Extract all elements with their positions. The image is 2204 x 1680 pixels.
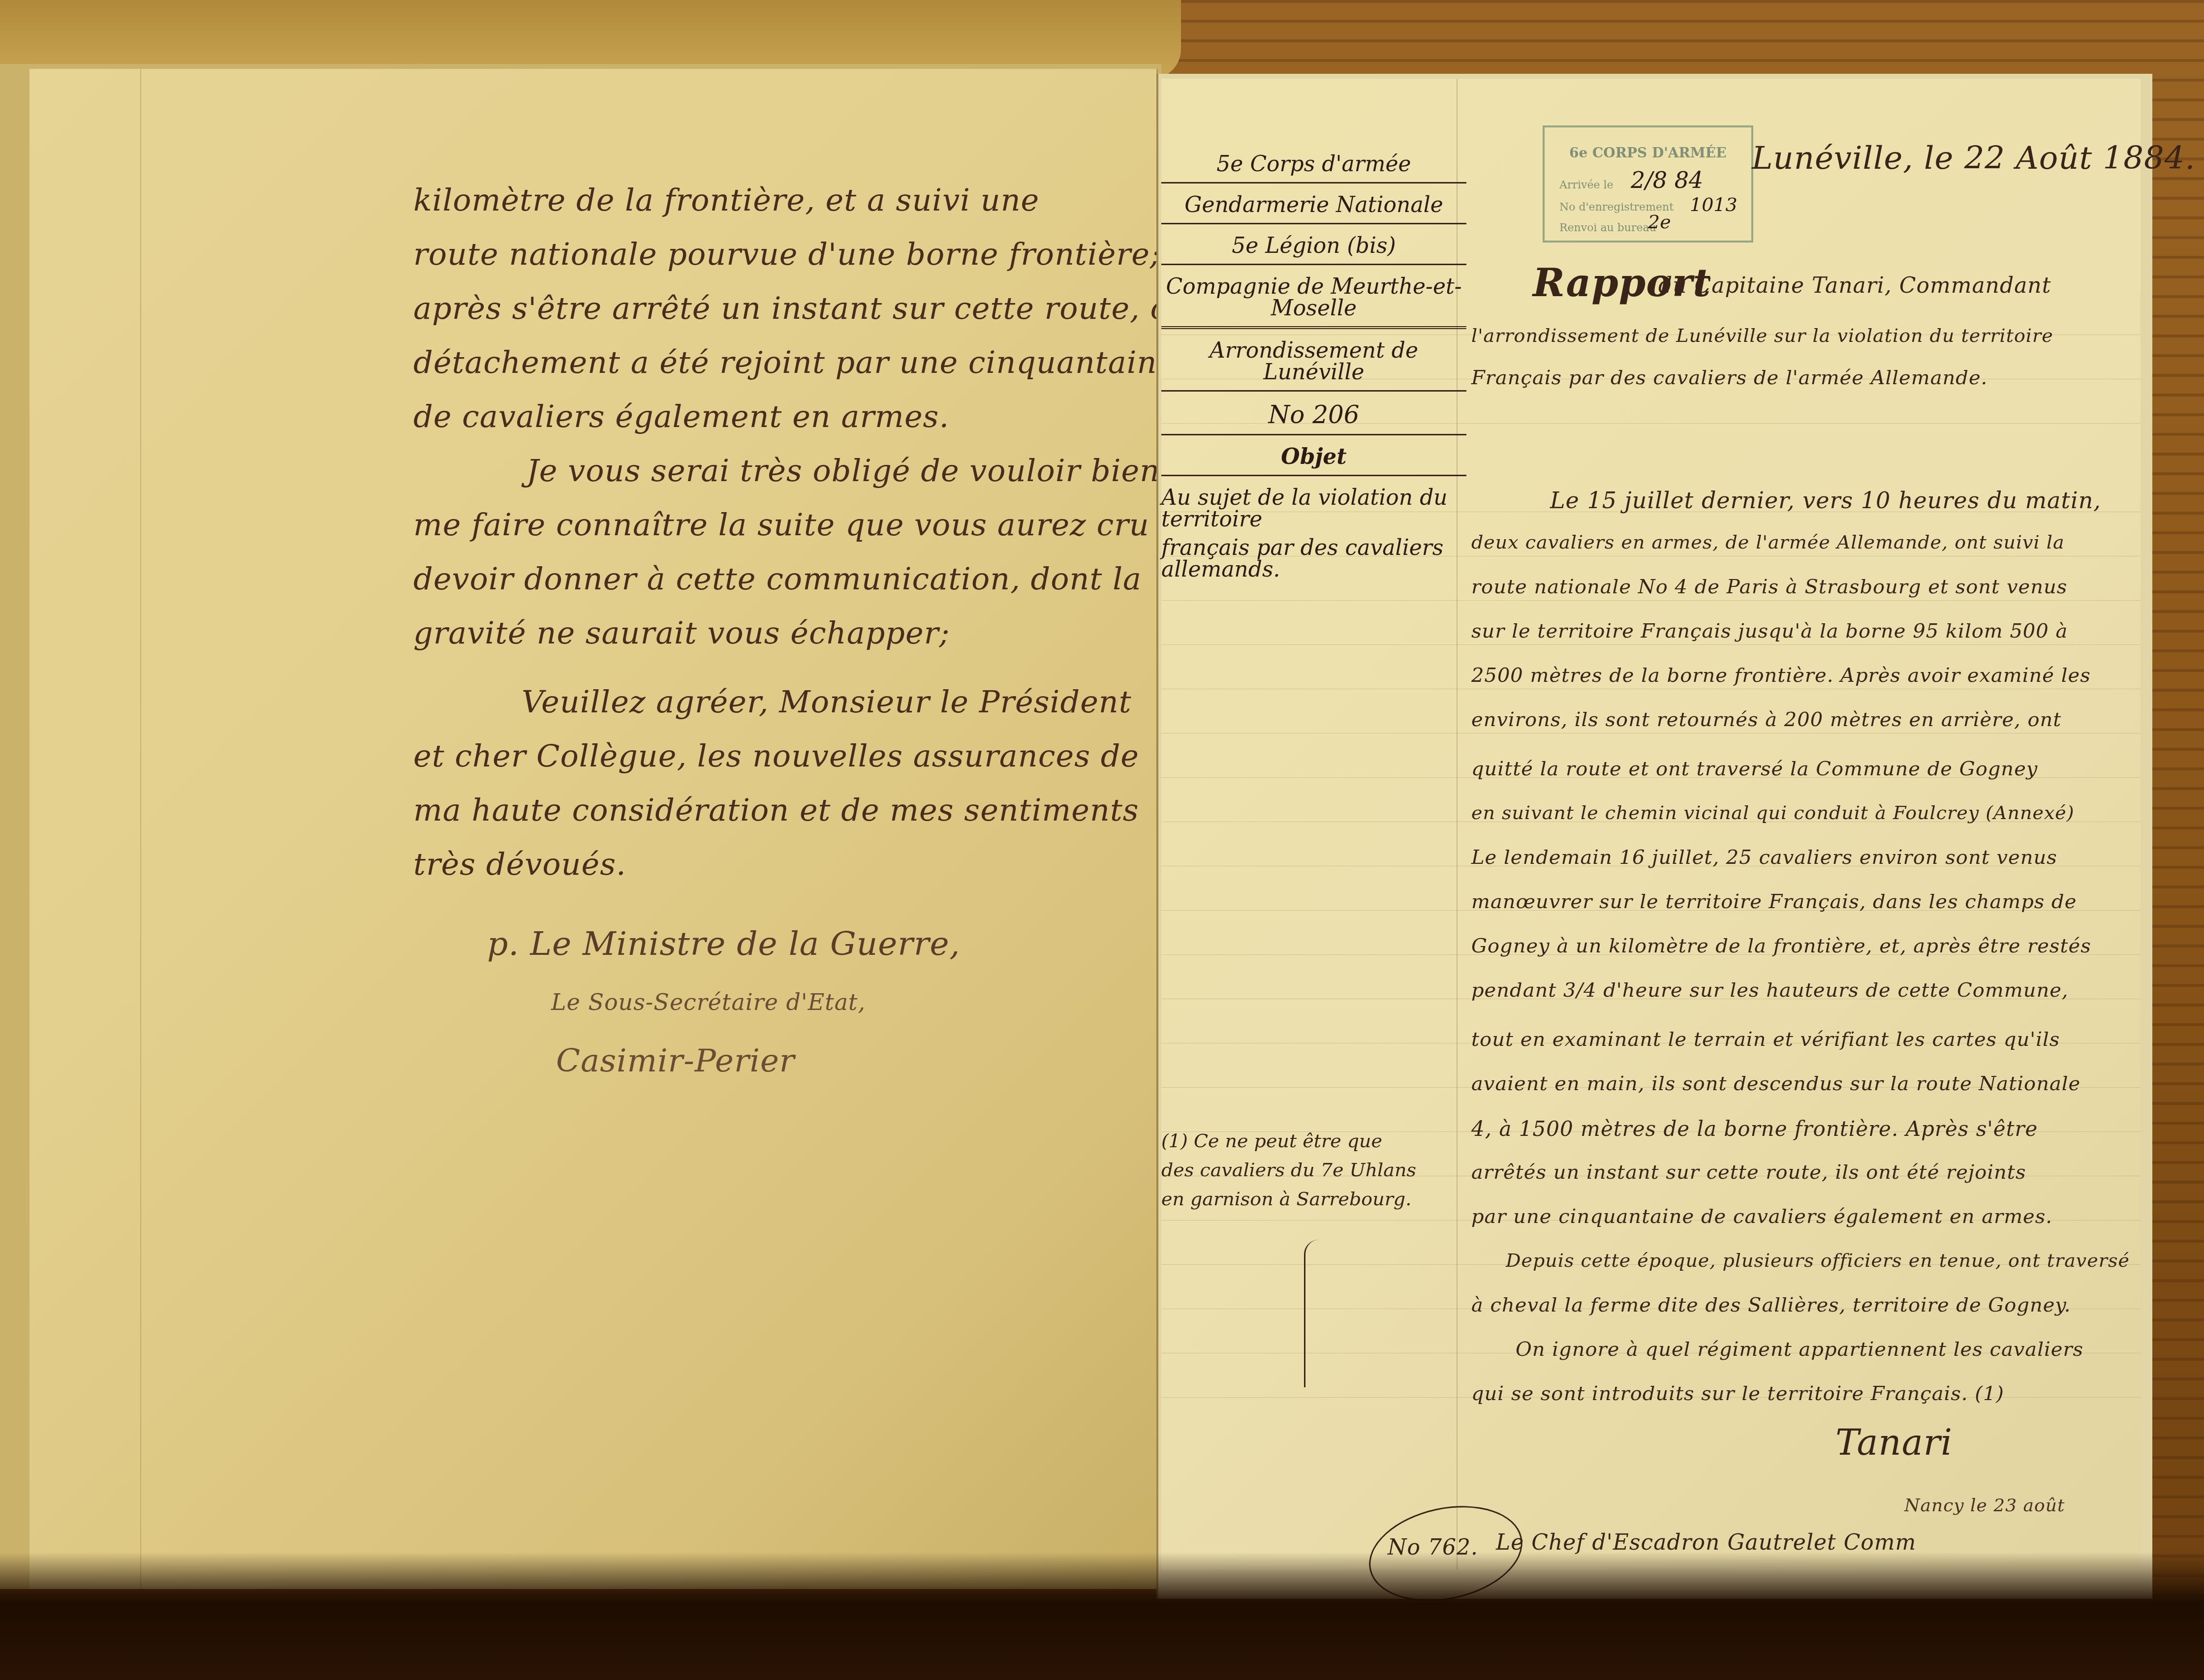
left-line-8: devoir donner à cette communication, don… [413, 561, 1142, 597]
unit-header: 5e Corps d'armée Gendarmerie Nationale 5… [1161, 143, 1466, 587]
body-line-21: qui se sont introduits sur le territoire… [1471, 1382, 2004, 1405]
endorsement-text: Le Chef d'Escadron Gautrelet Comm [1496, 1530, 1916, 1555]
left-line-6: Je vous serai très obligé de vouloir bie… [527, 453, 1160, 489]
body-line-3: route nationale No 4 de Paris à Strasbou… [1471, 576, 2067, 598]
left-line-11: et cher Collègue, les nouvelles assuranc… [413, 738, 1139, 774]
endorsement-place-date: Nancy le 23 août [1904, 1496, 2065, 1516]
body-line-17: par une cinquantaine de cavaliers égalem… [1471, 1205, 2052, 1228]
left-line-10: Veuillez agréer, Monsieur le Président [522, 684, 1132, 720]
ruled-line [1161, 733, 2141, 733]
body-line-10: manœuvrer sur le territoire Français, da… [1471, 890, 2077, 913]
left-line-9: gravité ne saurait vous échapper; [413, 615, 950, 651]
left-line-4: détachement a été rejoint par une cinqua… [413, 344, 1176, 380]
report-title-line-1: du Capitaine Tanari, Commandant [1658, 273, 2051, 298]
body-line-1: Le 15 juillet dernier, vers 10 heures du… [1550, 487, 2101, 514]
page-fold [140, 69, 141, 1589]
header-number: No 206 [1161, 392, 1466, 435]
report-title-line-3: Français par des cavaliers de l'armée Al… [1471, 367, 1987, 389]
body-line-8: en suivant le chemin vicinal qui conduit… [1471, 802, 2075, 824]
objet-title: Objet [1161, 435, 1466, 476]
body-line-15: 4, à 1500 mètres de la borne frontière. … [1471, 1117, 2038, 1141]
stamp-bureau-label: Renvoi au bureau [1559, 222, 1656, 234]
left-line-2: route nationale pourvue d'une borne fron… [413, 236, 1161, 272]
paraph-flourish [1304, 1240, 1335, 1387]
left-line-5: de cavaliers également en armes. [413, 398, 949, 434]
body-line-16: arrêtés un instant sur cette route, ils … [1471, 1161, 2026, 1184]
footnote-line-3: en garnison à Sarrebourg. [1161, 1185, 1466, 1214]
body-line-6: environs, ils sont retournés à 200 mètre… [1471, 708, 2061, 731]
left-line-7: me faire connaître la suite que vous aur… [413, 507, 1149, 543]
body-line-9: Le lendemain 16 juillet, 25 cavaliers en… [1471, 846, 2057, 869]
body-line-7: quitté la route et ont traversé la Commu… [1471, 758, 2038, 780]
signature-tanari: Tanari [1835, 1422, 1953, 1463]
stamp-arrivee-label: Arrivée le [1559, 179, 1613, 191]
body-line-2: deux cavaliers en armes, de l'armée Alle… [1471, 531, 2065, 553]
stamp-arrivee-value: 2/8 84 [1631, 167, 1703, 193]
reception-stamp: 6e CORPS D'ARMÉE Arrivée le 2/8 84 No d'… [1543, 125, 1753, 243]
under-secretary-line: Le Sous-Secrétaire d'Etat, [551, 989, 866, 1015]
left-line-13: très dévoués. [413, 846, 626, 882]
signature-casimir-perier: Casimir-Perier [556, 1043, 795, 1079]
report-title-line-2: l'arrondissement de Lunéville sur la vio… [1471, 325, 2053, 346]
marginal-footnote: (1) Ce ne peut être que des cavaliers du… [1161, 1127, 1466, 1214]
stamp-title: 6e CORPS D'ARMÉE [1569, 145, 1727, 161]
header-legion: 5e Légion (bis) [1161, 224, 1466, 265]
body-line-14: avaient en main, ils sont descendus sur … [1471, 1072, 2080, 1095]
left-line-12: ma haute considération et de mes sentime… [413, 792, 1139, 828]
header-gendarmerie: Gendarmerie Nationale [1161, 183, 1466, 224]
ruled-line [1161, 600, 2141, 601]
bottom-shadow [0, 1552, 2204, 1680]
place-date: Lunéville, le 22 Août 1884. [1752, 140, 2196, 177]
left-line-3: après s'être arrêté un instant sur cette… [413, 290, 1186, 326]
header-compagnie: Compagnie de Meurthe-et-Moselle [1161, 265, 1466, 329]
objet-text-2: français par des cavaliers allemands. [1161, 537, 1466, 587]
left-line-1: kilomètre de la frontière, et a suivi un… [413, 182, 1039, 218]
body-line-20: On ignore à quel régiment appartiennent … [1516, 1338, 2083, 1361]
body-line-12: pendant 3/4 d'heure sur les hauteurs de … [1471, 979, 2069, 1002]
header-corps: 5e Corps d'armée [1161, 143, 1466, 183]
body-line-18: Depuis cette époque, plusieurs officiers… [1506, 1250, 2130, 1271]
objet-text-1: Au sujet de la violation du territoire [1161, 476, 1466, 537]
ruled-line [1161, 689, 2141, 689]
footnote-line-2: des cavaliers du 7e Uhlans [1161, 1156, 1466, 1185]
body-line-19: à cheval la ferme dite des Sallières, te… [1471, 1294, 2071, 1316]
stamp-bureau-value: 2e [1648, 211, 1671, 233]
header-arrondissement: Arrondissement de Lunéville [1161, 329, 1466, 392]
body-line-11: Gogney à un kilomètre de la frontière, e… [1471, 935, 2091, 957]
footnote-line-1: (1) Ce ne peut être que [1161, 1127, 1466, 1156]
body-line-13: tout en examinant le terrain et vérifian… [1471, 1028, 2060, 1051]
minister-signature-line: p. Le Ministre de la Guerre, [487, 925, 961, 963]
ruled-line [1161, 644, 2141, 645]
body-line-4: sur le territoire Français jusqu'à la bo… [1471, 620, 2068, 642]
body-line-5: 2500 mètres de la borne frontière. Après… [1471, 664, 2091, 687]
stamp-enreg-value: 1013 [1690, 194, 1738, 215]
